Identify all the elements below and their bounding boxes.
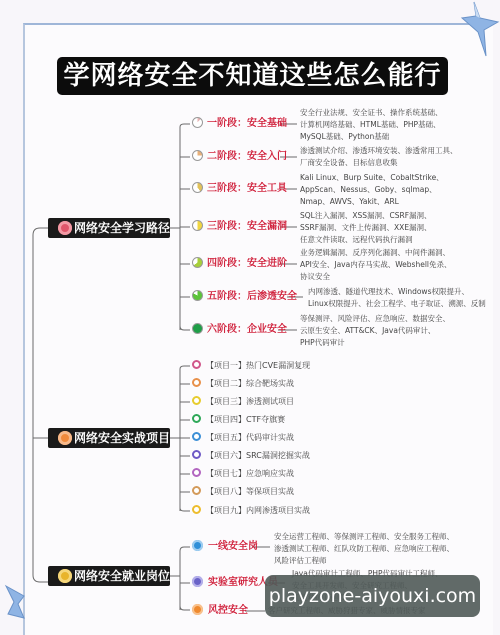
stage-node-3[interactable]: 三阶段：安全工具 bbox=[192, 181, 287, 197]
desc-line: MySQL基础、Python基础 bbox=[300, 131, 443, 143]
ring-icon bbox=[192, 505, 201, 514]
progress-pie-4-icon bbox=[192, 220, 203, 231]
ring-icon bbox=[192, 432, 201, 441]
job-label: 一线安全岗 bbox=[208, 541, 258, 552]
root-node-projects[interactable]: 网络安全实战项目 bbox=[48, 428, 170, 448]
desc-line: 业务逻辑漏洞、反序列化漏洞、中间件漏洞、 bbox=[300, 247, 452, 259]
stage-desc-6: 内网渗透、隧道代理技术、Windows权限提升、 Linux权限提升、社会工程学… bbox=[308, 286, 486, 310]
project-item-4[interactable]: 【项目四】CTF夺旗赛 bbox=[192, 413, 285, 427]
desc-line: API安全、Java内存马实战、Webshell免杀、 bbox=[300, 259, 452, 271]
stage-node-2[interactable]: 二阶段：安全入门 bbox=[192, 149, 287, 165]
stage-node-7[interactable]: 六阶段：企业安全 bbox=[192, 322, 287, 338]
ring-icon bbox=[192, 378, 201, 387]
project-label: 【项目七】应急响应实战 bbox=[206, 469, 294, 478]
stage-desc-3: Kali Linux、Burp Suite、CobaltStrike、 AppS… bbox=[300, 172, 444, 208]
shield-icon bbox=[192, 604, 203, 615]
stage-desc-4: SQL注入漏洞、XSS漏洞、CSRF漏洞、 SSRF漏洞、文件上传漏洞、XXE漏… bbox=[300, 210, 432, 246]
stage-label: 六阶段：企业安全 bbox=[207, 324, 287, 335]
desc-line: 内网渗透、隧道代理技术、Windows权限提升、 bbox=[308, 286, 486, 298]
job-label: 风控安全 bbox=[208, 605, 248, 616]
gold-medal-icon bbox=[58, 569, 72, 583]
progress-pie-3-icon bbox=[192, 182, 203, 193]
stage-desc-7: 等保测评、风险评估、应急响应、数据安全、 云原生安全、ATT&CK、Java代码… bbox=[300, 313, 450, 349]
root-node-label: 网络安全实战项目 bbox=[74, 431, 170, 445]
ring-icon bbox=[192, 396, 201, 405]
stage-label: 三阶段：安全漏洞 bbox=[207, 221, 287, 232]
project-label: 【项目四】CTF夺旗赛 bbox=[206, 415, 285, 424]
progress-pie-6-icon bbox=[192, 290, 203, 301]
desc-line: PHP代码审计 bbox=[300, 337, 450, 349]
job-node-frontline[interactable]: 一线安全岗 bbox=[192, 539, 258, 555]
ring-icon bbox=[192, 468, 201, 477]
desc-line: 安全运营工程师、等保测评工程师、安全服务工程师、 bbox=[274, 531, 454, 543]
project-label: 【项目二】综合靶场实战 bbox=[206, 379, 294, 388]
project-label: 【项目八】等保项目实战 bbox=[206, 487, 294, 496]
stage-node-6[interactable]: 五阶段：后渗透安全 bbox=[192, 289, 297, 305]
desc-line: 等保测评、风险评估、应急响应、数据安全、 bbox=[300, 313, 450, 325]
stage-desc-1: 安全行业法规、安全证书、操作系统基础、 计算机网络基础、HTML基础、PHP基础… bbox=[300, 107, 443, 143]
project-item-7[interactable]: 【项目七】应急响应实战 bbox=[192, 467, 294, 481]
project-label: 【项目一】热门CVE漏洞复现 bbox=[206, 361, 310, 370]
stage-label: 四阶段：安全进阶 bbox=[207, 258, 287, 269]
project-item-5[interactable]: 【项目五】代码审计实战 bbox=[192, 431, 294, 445]
ring-icon bbox=[192, 414, 201, 423]
stage-label: 一阶段：安全基础 bbox=[207, 118, 287, 129]
stage-node-1[interactable]: 一阶段：安全基础 bbox=[192, 116, 287, 132]
stage-label: 五阶段：后渗透安全 bbox=[207, 291, 297, 302]
desc-line: 厂商安全设备、目标信息收集 bbox=[300, 157, 458, 169]
job-desc-frontline: 安全运营工程师、等保测评工程师、安全服务工程师、 渗透测试工程师、红队攻防工程师… bbox=[274, 531, 454, 567]
orange-circle-icon bbox=[58, 431, 72, 445]
project-item-1[interactable]: 【项目一】热门CVE漏洞复现 bbox=[192, 359, 310, 373]
desc-line: Nmap、AWVS、Yakit、ARL bbox=[300, 196, 444, 208]
ring-icon bbox=[192, 486, 201, 495]
progress-pie-full-icon bbox=[192, 323, 203, 334]
project-label: 【项目六】SRC漏洞挖掘实战 bbox=[206, 451, 310, 460]
stage-node-5[interactable]: 四阶段：安全进阶 bbox=[192, 256, 287, 272]
desc-line: 计算机网络基础、HTML基础、PHP基础、 bbox=[300, 119, 443, 131]
water-drop-icon bbox=[192, 540, 203, 551]
stage-label: 二阶段：安全入门 bbox=[207, 151, 287, 162]
desc-line: 安全行业法规、安全证书、操作系统基础、 bbox=[300, 107, 443, 119]
desc-line: 云原生安全、ATT&CK、Java代码审计、 bbox=[300, 325, 450, 337]
project-label: 【项目九】内网渗透项目实战 bbox=[206, 506, 310, 515]
root-node-learning-path[interactable]: 网络安全学习路径 bbox=[48, 218, 170, 238]
desc-line: SQL注入漏洞、XSS漏洞、CSRF漏洞、 bbox=[300, 210, 432, 222]
desc-line: AppScan、Nessus、Goby、sqlmap、 bbox=[300, 184, 444, 196]
desc-line: 任意文件读取、远程代码执行漏洞 bbox=[300, 234, 432, 246]
desc-line: Linux权限提升、社会工程学、电子取证、溯源、反制 bbox=[308, 298, 486, 310]
desc-line: Kali Linux、Burp Suite、CobaltStrike、 bbox=[300, 172, 444, 184]
project-item-2[interactable]: 【项目二】综合靶场实战 bbox=[192, 377, 294, 391]
root-node-label: 网络安全就业岗位 bbox=[74, 569, 170, 583]
root-node-jobs[interactable]: 网络安全就业岗位 bbox=[48, 566, 170, 586]
project-item-6[interactable]: 【项目六】SRC漏洞挖掘实战 bbox=[192, 449, 310, 463]
watermark-overlay: playzone-aiyouxi.com bbox=[265, 575, 480, 617]
desc-line: 协议安全 bbox=[300, 271, 452, 283]
ring-icon bbox=[192, 450, 201, 459]
helmet-icon bbox=[192, 576, 203, 587]
project-label: 【项目三】渗透测试项目 bbox=[206, 397, 294, 406]
stage-desc-2: 渗透测试介绍、渗透环境安装、渗透常用工具、 厂商安全设备、目标信息收集 bbox=[300, 145, 458, 169]
stage-node-4[interactable]: 三阶段：安全漏洞 bbox=[192, 219, 287, 235]
project-item-8[interactable]: 【项目八】等保项目实战 bbox=[192, 485, 294, 499]
flag-circle-icon bbox=[58, 221, 72, 235]
project-item-9[interactable]: 【项目九】内网渗透项目实战 bbox=[192, 504, 310, 518]
progress-pie-1-icon bbox=[192, 117, 203, 128]
job-node-risk-control[interactable]: 风控安全 bbox=[192, 603, 248, 619]
progress-pie-2-icon bbox=[192, 150, 203, 161]
progress-pie-5-icon bbox=[192, 257, 203, 268]
desc-line: 渗透测试介绍、渗透环境安装、渗透常用工具、 bbox=[300, 145, 458, 157]
desc-line: SSRF漏洞、文件上传漏洞、XXE漏洞、 bbox=[300, 222, 432, 234]
stage-desc-5: 业务逻辑漏洞、反序列化漏洞、中间件漏洞、 API安全、Java内存马实战、Web… bbox=[300, 247, 452, 283]
project-item-3[interactable]: 【项目三】渗透测试项目 bbox=[192, 395, 294, 409]
root-node-label: 网络安全学习路径 bbox=[74, 221, 170, 235]
ring-icon bbox=[192, 360, 201, 369]
desc-line: 渗透测试工程师、红队攻防工程师、应急响应工程师、 bbox=[274, 543, 454, 555]
project-label: 【项目五】代码审计实战 bbox=[206, 433, 294, 442]
desc-line: 风险评估工程师 bbox=[274, 555, 454, 567]
stage-label: 三阶段：安全工具 bbox=[207, 183, 287, 194]
